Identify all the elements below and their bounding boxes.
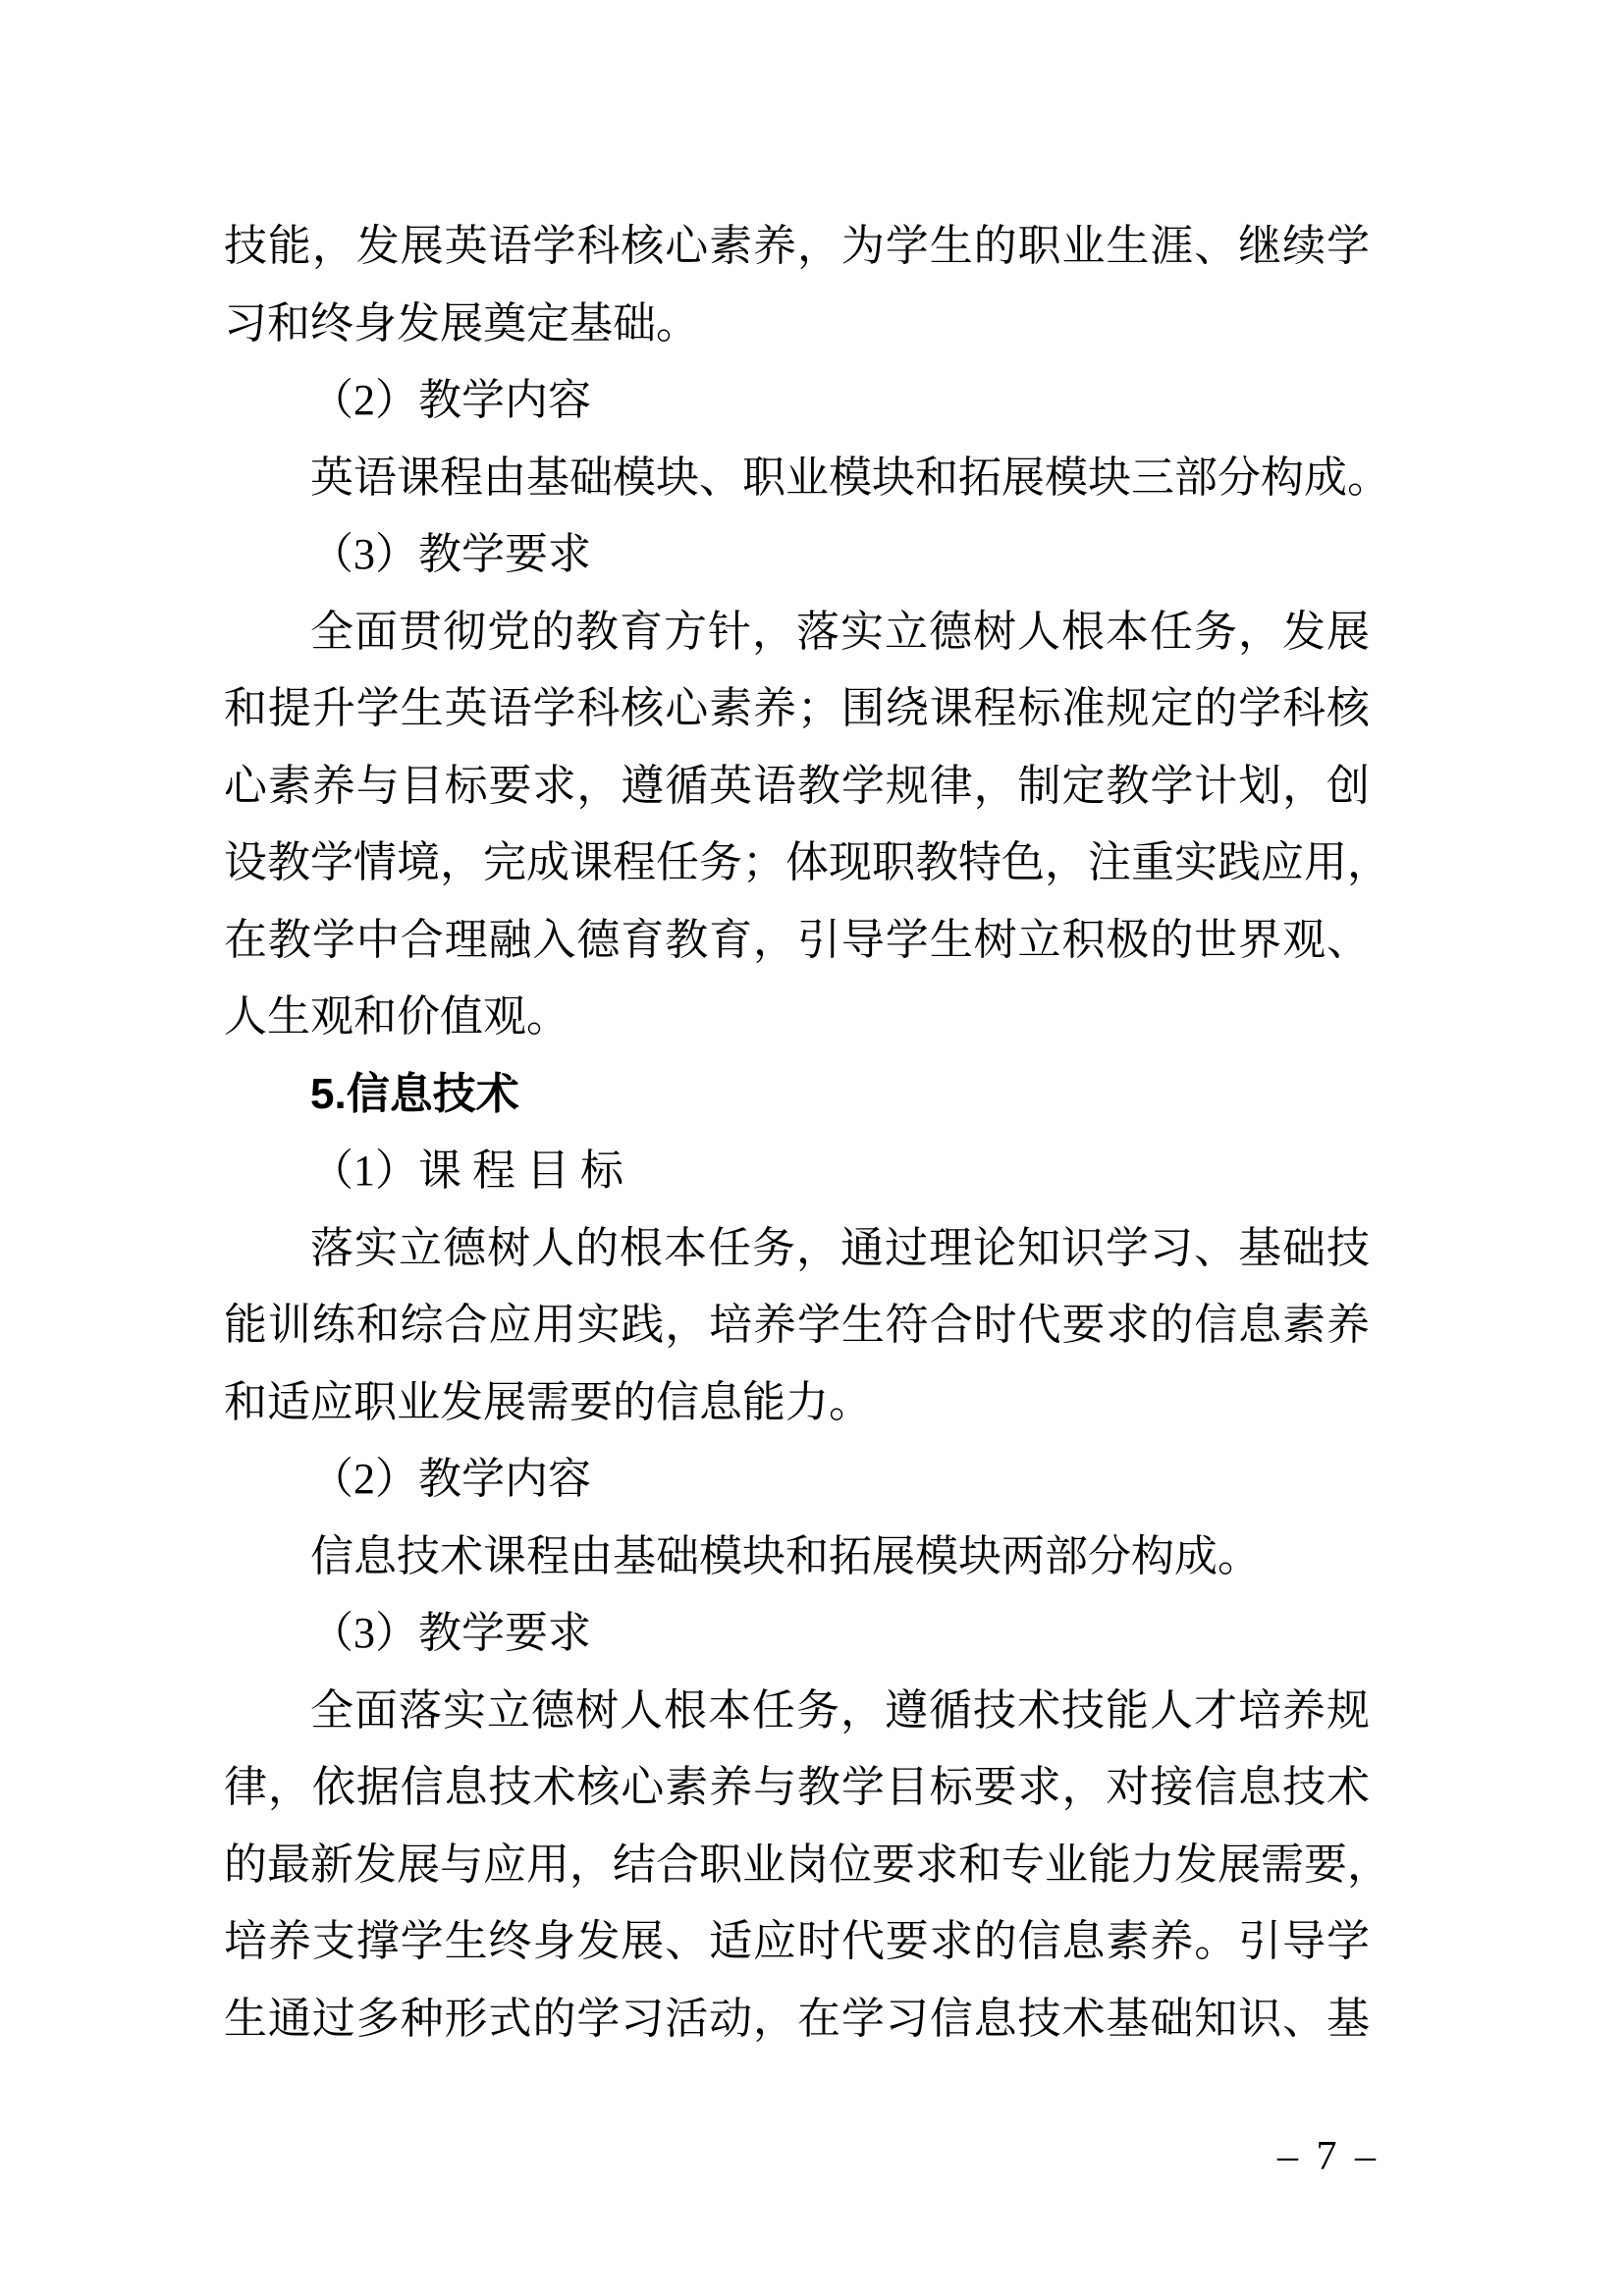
text-line: （3）教学要求 <box>224 516 1370 594</box>
text-line: 全面贯彻党的教育方针，落实立德树人根本任务，发展 <box>224 594 1370 671</box>
text-line: （3）教学要求 <box>224 1595 1370 1673</box>
document-page: 技能，发展英语学科核心素养，为学生的职业生涯、继续学习和终身发展奠定基础。（2）… <box>0 0 1624 2296</box>
text-line: （1）课 程 目 标 <box>224 1133 1370 1210</box>
text-line: 在教学中合理融入德育教育，引导学生树立积极的世界观、 <box>224 902 1370 980</box>
document-body: 技能，发展英语学科核心素养，为学生的职业生涯、继续学习和终身发展奠定基础。（2）… <box>224 208 1370 2057</box>
text-line: 人生观和价值观。 <box>224 979 1370 1056</box>
text-line: （2）教学内容 <box>224 362 1370 440</box>
text-line: 能训练和综合应用实践，培养学生符合时代要求的信息素养 <box>224 1287 1370 1364</box>
text-line: 和适应职业发展需要的信息能力。 <box>224 1364 1370 1442</box>
text-line: 培养支撑学生终身发展、适应时代要求的信息素养。引导学 <box>224 1903 1370 1981</box>
text-line: 习和终身发展奠定基础。 <box>224 286 1370 363</box>
text-line: 落实立德树人的根本任务，通过理论知识学习、基础技 <box>224 1210 1370 1288</box>
text-line: 信息技术课程由基础模块和拓展模块两部分构成。 <box>224 1519 1370 1596</box>
page-number: – 7 – <box>1277 2136 1380 2177</box>
text-line: 技能，发展英语学科核心素养，为学生的职业生涯、继续学 <box>224 208 1370 286</box>
text-line: 和提升学生英语学科核心素养；围绕课程标准规定的学科核 <box>224 670 1370 748</box>
text-line: 全面落实立德树人根本任务，遵循技术技能人才培养规 <box>224 1673 1370 1750</box>
text-line: （2）教学内容 <box>224 1441 1370 1519</box>
text-line: 心素养与目标要求，遵循英语教学规律，制定教学计划，创 <box>224 748 1370 826</box>
text-line: 生通过多种形式的学习活动，在学习信息技术基础知识、基 <box>224 1981 1370 2058</box>
text-line: 设教学情境，完成课程任务；体现职教特色，注重实践应用， <box>224 825 1370 902</box>
text-line: 的最新发展与应用，结合职业岗位要求和专业能力发展需要， <box>224 1827 1370 1904</box>
section-heading: 5.信息技术 <box>224 1056 1370 1134</box>
text-line: 英语课程由基础模块、职业模块和拓展模块三部分构成。 <box>224 440 1370 517</box>
text-line: 律，依据信息技术核心素养与教学目标要求，对接信息技术 <box>224 1749 1370 1827</box>
